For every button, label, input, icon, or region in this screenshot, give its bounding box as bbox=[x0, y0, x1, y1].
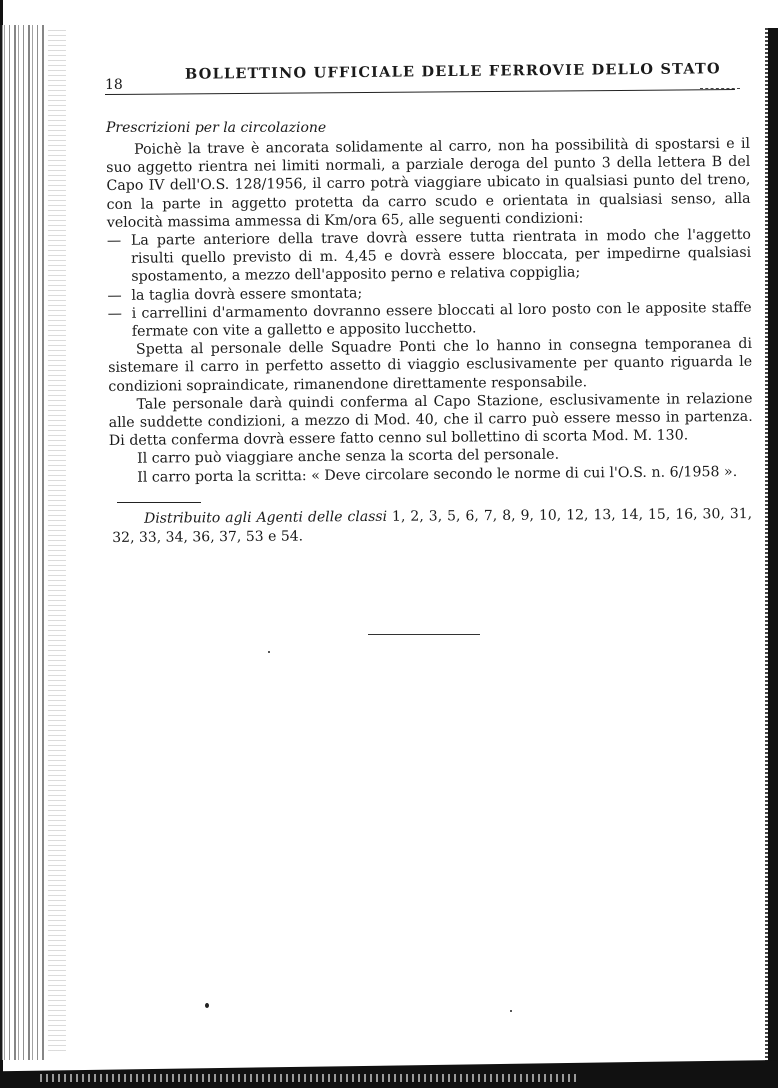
scan-noise-left bbox=[48, 30, 66, 1055]
dash-bullet: — bbox=[107, 286, 131, 304]
header-rule bbox=[105, 89, 735, 95]
footnote-rule bbox=[117, 502, 201, 503]
scan-noise-bottom bbox=[40, 1074, 580, 1082]
distribution-note: Distribuito agli Agenti delle classi 1, … bbox=[112, 505, 752, 548]
dash-bullet: — bbox=[107, 232, 131, 250]
scan-speck bbox=[268, 651, 270, 653]
section-title: Prescrizioni per la circolazione bbox=[106, 120, 326, 136]
scan-binding-left bbox=[0, 25, 46, 1060]
condition-text: la taglia dovrà essere smontata; bbox=[131, 285, 362, 303]
scan-speck bbox=[510, 1010, 512, 1012]
condition-text: La parte anteriore della trave dovrà ess… bbox=[131, 227, 751, 285]
paragraph: Spetta al personale delle Squadre Ponti … bbox=[108, 335, 752, 396]
condition-item: —La parte anteriore della trave dovrà es… bbox=[107, 226, 751, 287]
paragraph: Poichè la trave è ancorata solidamente a… bbox=[106, 135, 751, 232]
scan-speck bbox=[205, 1003, 209, 1008]
document-body: Poichè la trave è ancorata solidamente a… bbox=[106, 135, 753, 487]
condition-item: —i carrellini d'armamento dovranno esser… bbox=[108, 299, 752, 342]
distribution-lead: Distribuito agli Agenti delle classi bbox=[144, 509, 387, 527]
condition-text: i carrellini d'armamento dovranno essere… bbox=[132, 300, 752, 340]
running-head: BOLLETTINO UFFICIALE DELLE FERROVIE DELL… bbox=[185, 60, 721, 83]
scan-edge-right bbox=[768, 28, 778, 1068]
page-number: 18 bbox=[105, 77, 123, 93]
end-rule bbox=[368, 634, 480, 635]
header-rule-tail bbox=[700, 88, 740, 89]
dash-bullet: — bbox=[108, 305, 132, 323]
paragraph: Tale personale darà quindi conferma al C… bbox=[108, 390, 752, 451]
